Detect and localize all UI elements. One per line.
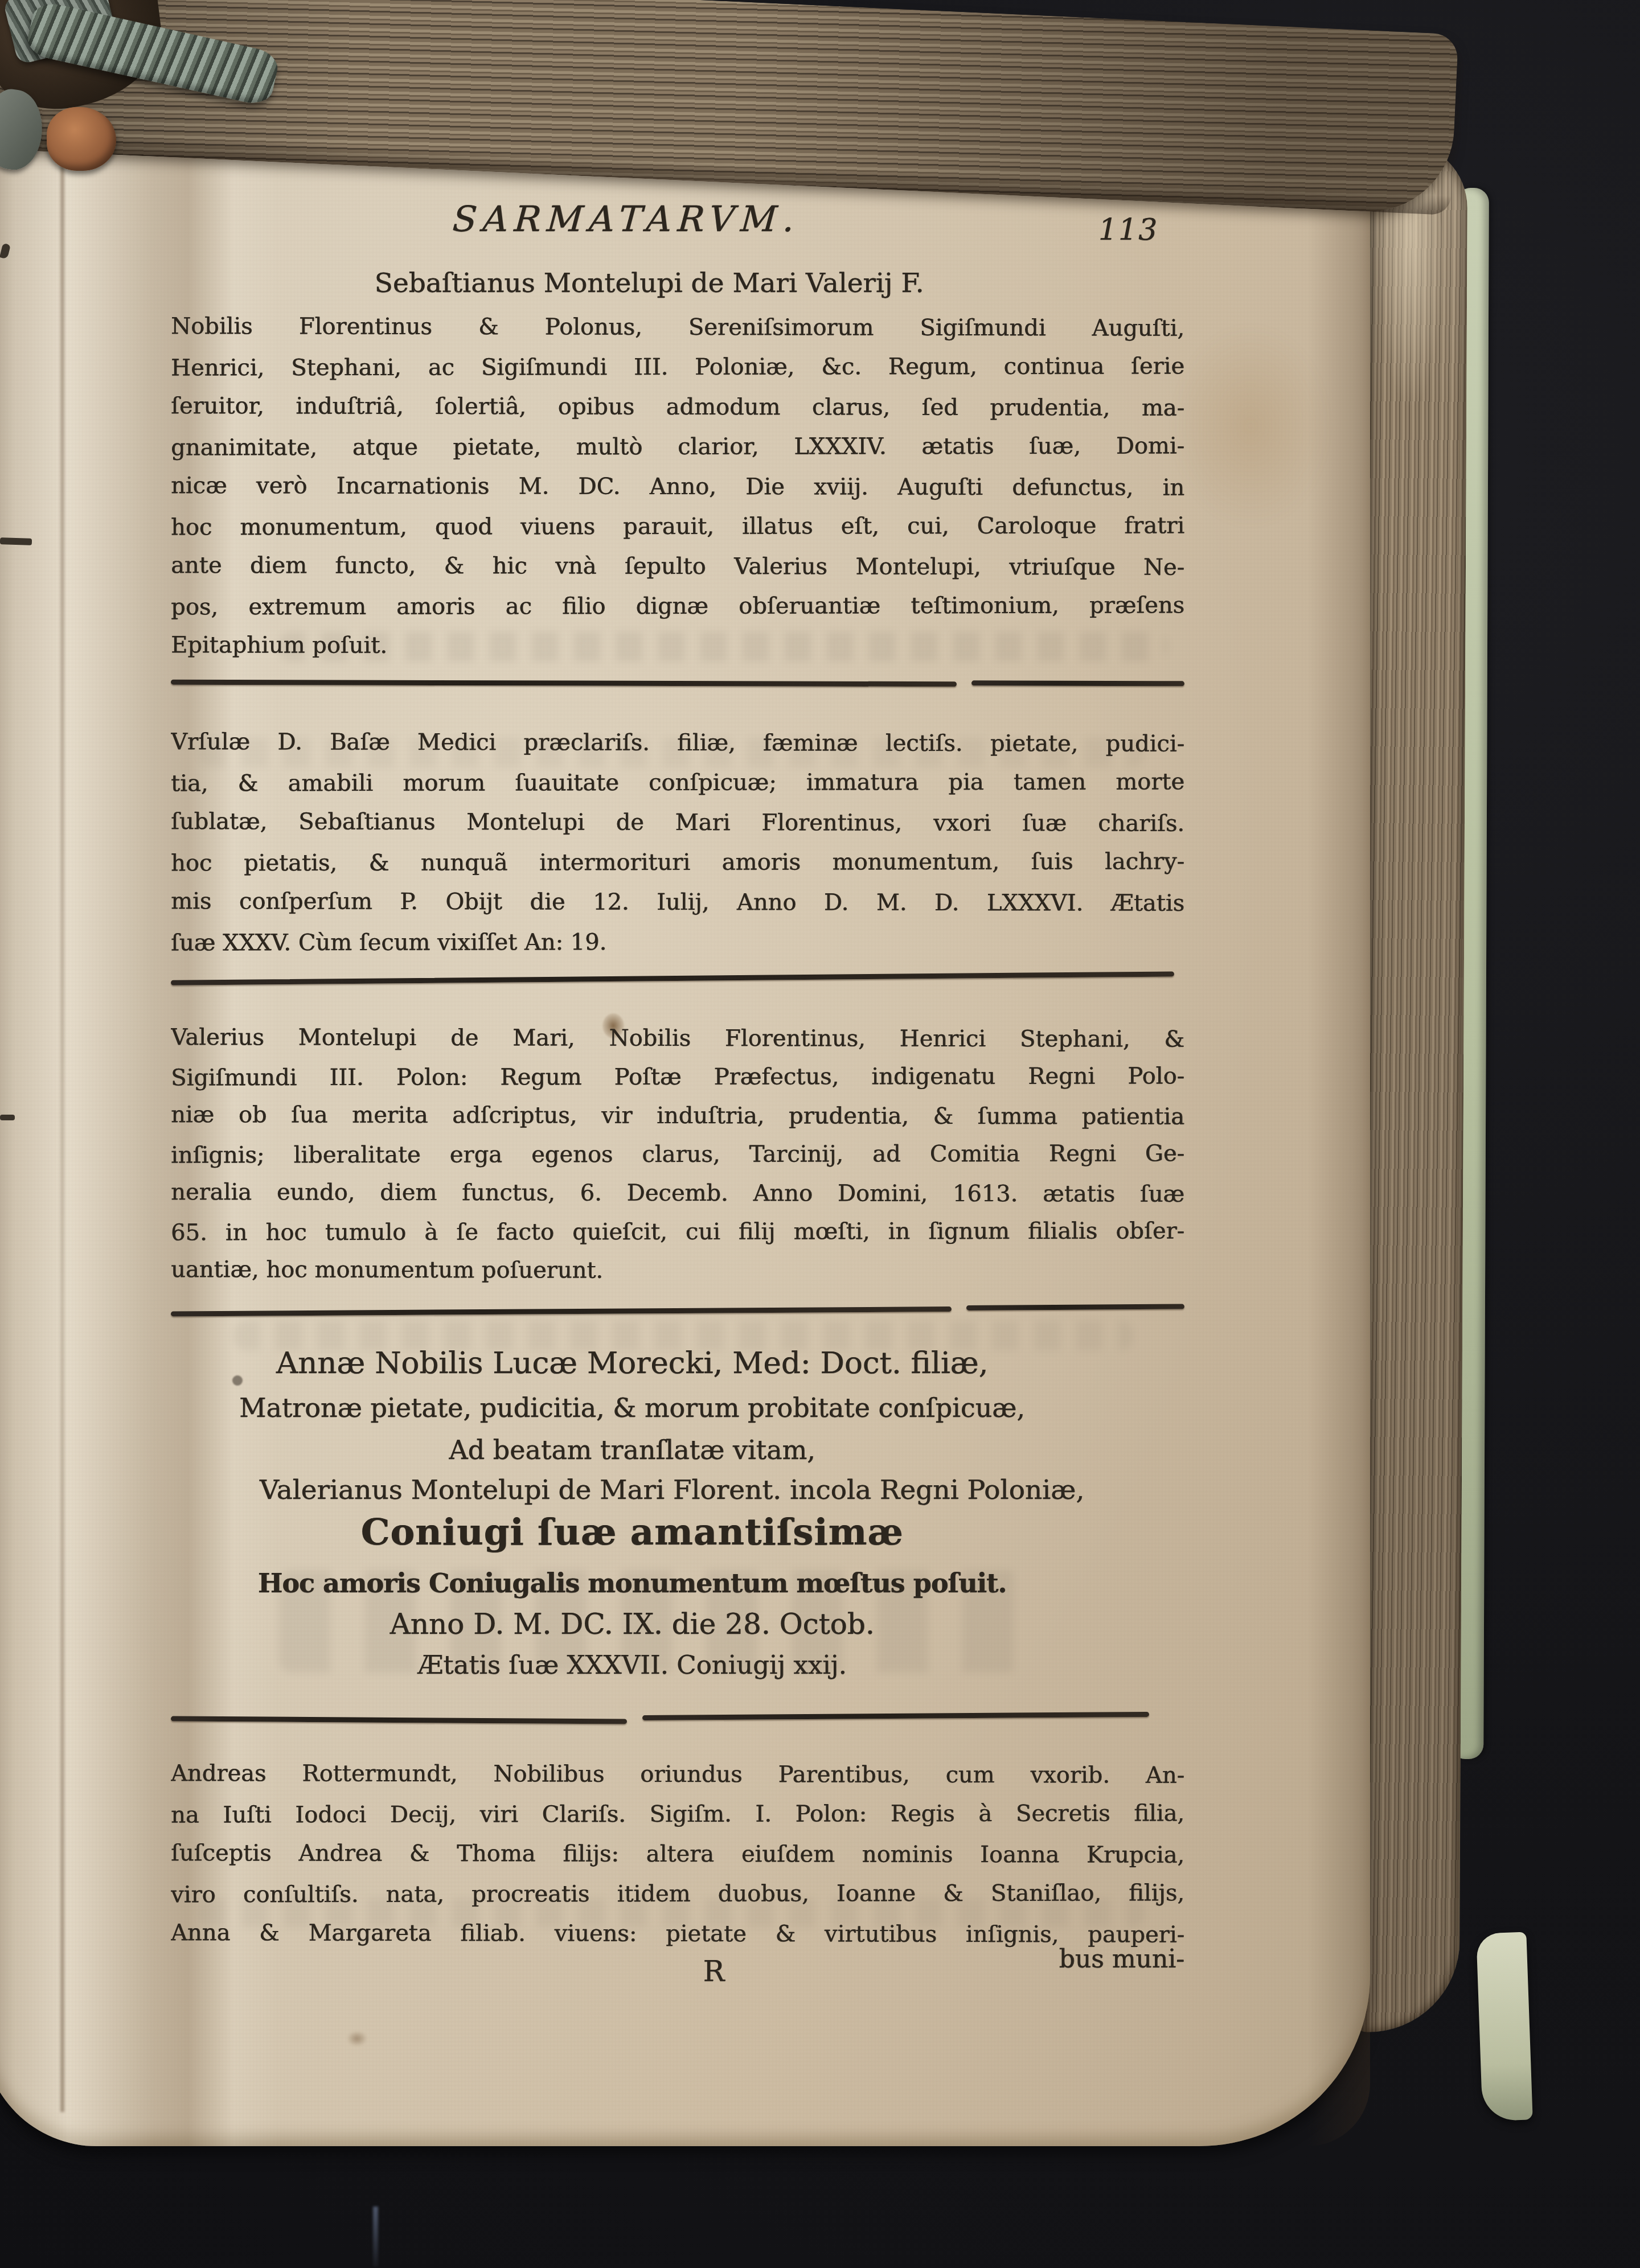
dedication-line: Ad beatam tranſlatæ vitam, [171, 1435, 1093, 1465]
epitaph-line: ſuſceptis Andrea & Thoma filijs: altera … [171, 1833, 1184, 1875]
dedication-line: Valerianus Montelupi de Mari Florent. in… [171, 1474, 1173, 1506]
facing-page-fragment [0, 1115, 15, 1120]
epitaph-line: ſublatæ, Sebaſtianus Montelupi de Mari F… [171, 802, 1184, 844]
epitaph-line: inſignis; liberalitate erga egenos claru… [171, 1134, 1184, 1174]
paper-stain [1171, 323, 1330, 528]
epitaph-line: Vrſulæ D. Baſæ Medici præclariſs. filiæ,… [171, 722, 1184, 764]
epitaph-line: 65. in hoc tumulo à ſe facto quieſcit, c… [171, 1211, 1184, 1252]
epitaph-line: neralia eundo, diem functus, 6. Decemb. … [171, 1173, 1184, 1214]
epitaph-paragraph-rottermundt: Andreas Rottermundt, Nobilibus oriundus … [171, 1755, 1184, 1954]
dedication-line: Coniugi ſuæ amantiſsimæ [171, 1511, 1093, 1554]
page-number: 113 [1098, 213, 1158, 247]
epitaph-paragraph-valerius: Valerius Montelupi de Mari, Nobilis Flor… [171, 1019, 1184, 1290]
epitaph-line: Sigiſmundi III. Polon: Regum Poſtæ Præfe… [171, 1057, 1184, 1097]
epitaph-line: hoc monumentum, quod viuens parauit, ill… [171, 506, 1184, 547]
epitaph-line: Valerius Montelupi de Mari, Nobilis Flor… [171, 1018, 1184, 1059]
epitaph-line: mis conſperſum P. Obijt die 12. Iulij, A… [171, 881, 1184, 923]
epitaph-line: ante diem functo, & hic vnà ſepulto Vale… [171, 545, 1184, 587]
epitaph-line: Epitaphium poſuit. [171, 625, 1184, 667]
epitaph-line: uantiæ, hoc monumentum poſuerunt. [171, 1250, 1184, 1291]
epitaph-line: niæ ob ſua merita adſcriptus, vir induſt… [171, 1095, 1184, 1136]
epitaph-paragraph-sebastianus: Nobilis Florentinus & Polonus, Sereniſsi… [171, 307, 1184, 666]
epitaph-line: na Iuſti Iodoci Decij, viri Clariſs. Sig… [171, 1793, 1184, 1835]
epitaph-paragraph-ursula: Vrſulæ D. Baſæ Medici præclariſs. filiæ,… [171, 723, 1184, 962]
epitaph-line: viro conſultiſs. nata, procreatis itidem… [171, 1873, 1184, 1914]
dedication-line: Hoc amoris Coniugalis monumentum mœſtus … [171, 1568, 1093, 1599]
book-page: SARMATARVM. 113 Sebaſtianus Montelupi de… [0, 84, 1370, 2146]
epitaph-line: ſuæ XXXV. Cùm ſecum vixiſſet An: 19. [171, 921, 1184, 963]
catchword-row: R bus muni- [171, 1945, 1184, 1990]
scan-reflection [373, 2207, 378, 2267]
epitaph-line: ſeruitor, induſtriâ, ſolertiâ, opibus ad… [171, 386, 1184, 428]
headband-knot [47, 107, 116, 171]
paper-stain [347, 2031, 367, 2046]
epitaph-line: hoc pietatis, & nunquã intermorituri amo… [171, 841, 1184, 883]
signature-mark: R [703, 1955, 725, 1988]
facing-page-fragment [0, 537, 32, 545]
catchword: bus muni- [1059, 1945, 1184, 1974]
epitaph-line: Henrici, Stephani, ac Sigiſmundi III. Po… [171, 346, 1184, 388]
epitaph-line: Andreas Rottermundt, Nobilibus oriundus … [171, 1753, 1184, 1795]
epitaph-line: nicæ verò Incarnationis M. DC. Anno, Die… [171, 466, 1184, 508]
dedication-line: Anno D. M. DC. IX. die 28. Octob. [171, 1608, 1093, 1641]
epitaph-line: gnanimitate, atque pietate, multò clario… [171, 426, 1184, 467]
book-cover-corner [1476, 1932, 1532, 2122]
section-divider [171, 1714, 1184, 1719]
epitaph-line: tia, & amabili morum ſuauitate conſpicuæ… [171, 762, 1184, 803]
epitaph-line: Nobilis Florentinus & Polonus, Sereniſsi… [171, 306, 1184, 348]
dedication-line: Ætatis ſuæ XXXVII. Coniugij xxij. [171, 1650, 1093, 1680]
epitaph-line: pos, extremum amoris ac filio dignæ obſe… [171, 585, 1184, 627]
headband [0, 0, 334, 217]
epitaph-heading: Sebaſtianus Montelupi de Mari Valerij F. [171, 268, 1127, 299]
dedication-line: Matronæ pietate, pudicitia, & morum prob… [171, 1392, 1093, 1423]
dedication-line: Annæ Nobilis Lucæ Morecki, Med: Doct. fi… [171, 1346, 1093, 1380]
scan-background: SARMATARVM. 113 Sebaſtianus Montelupi de… [0, 0, 1640, 2268]
